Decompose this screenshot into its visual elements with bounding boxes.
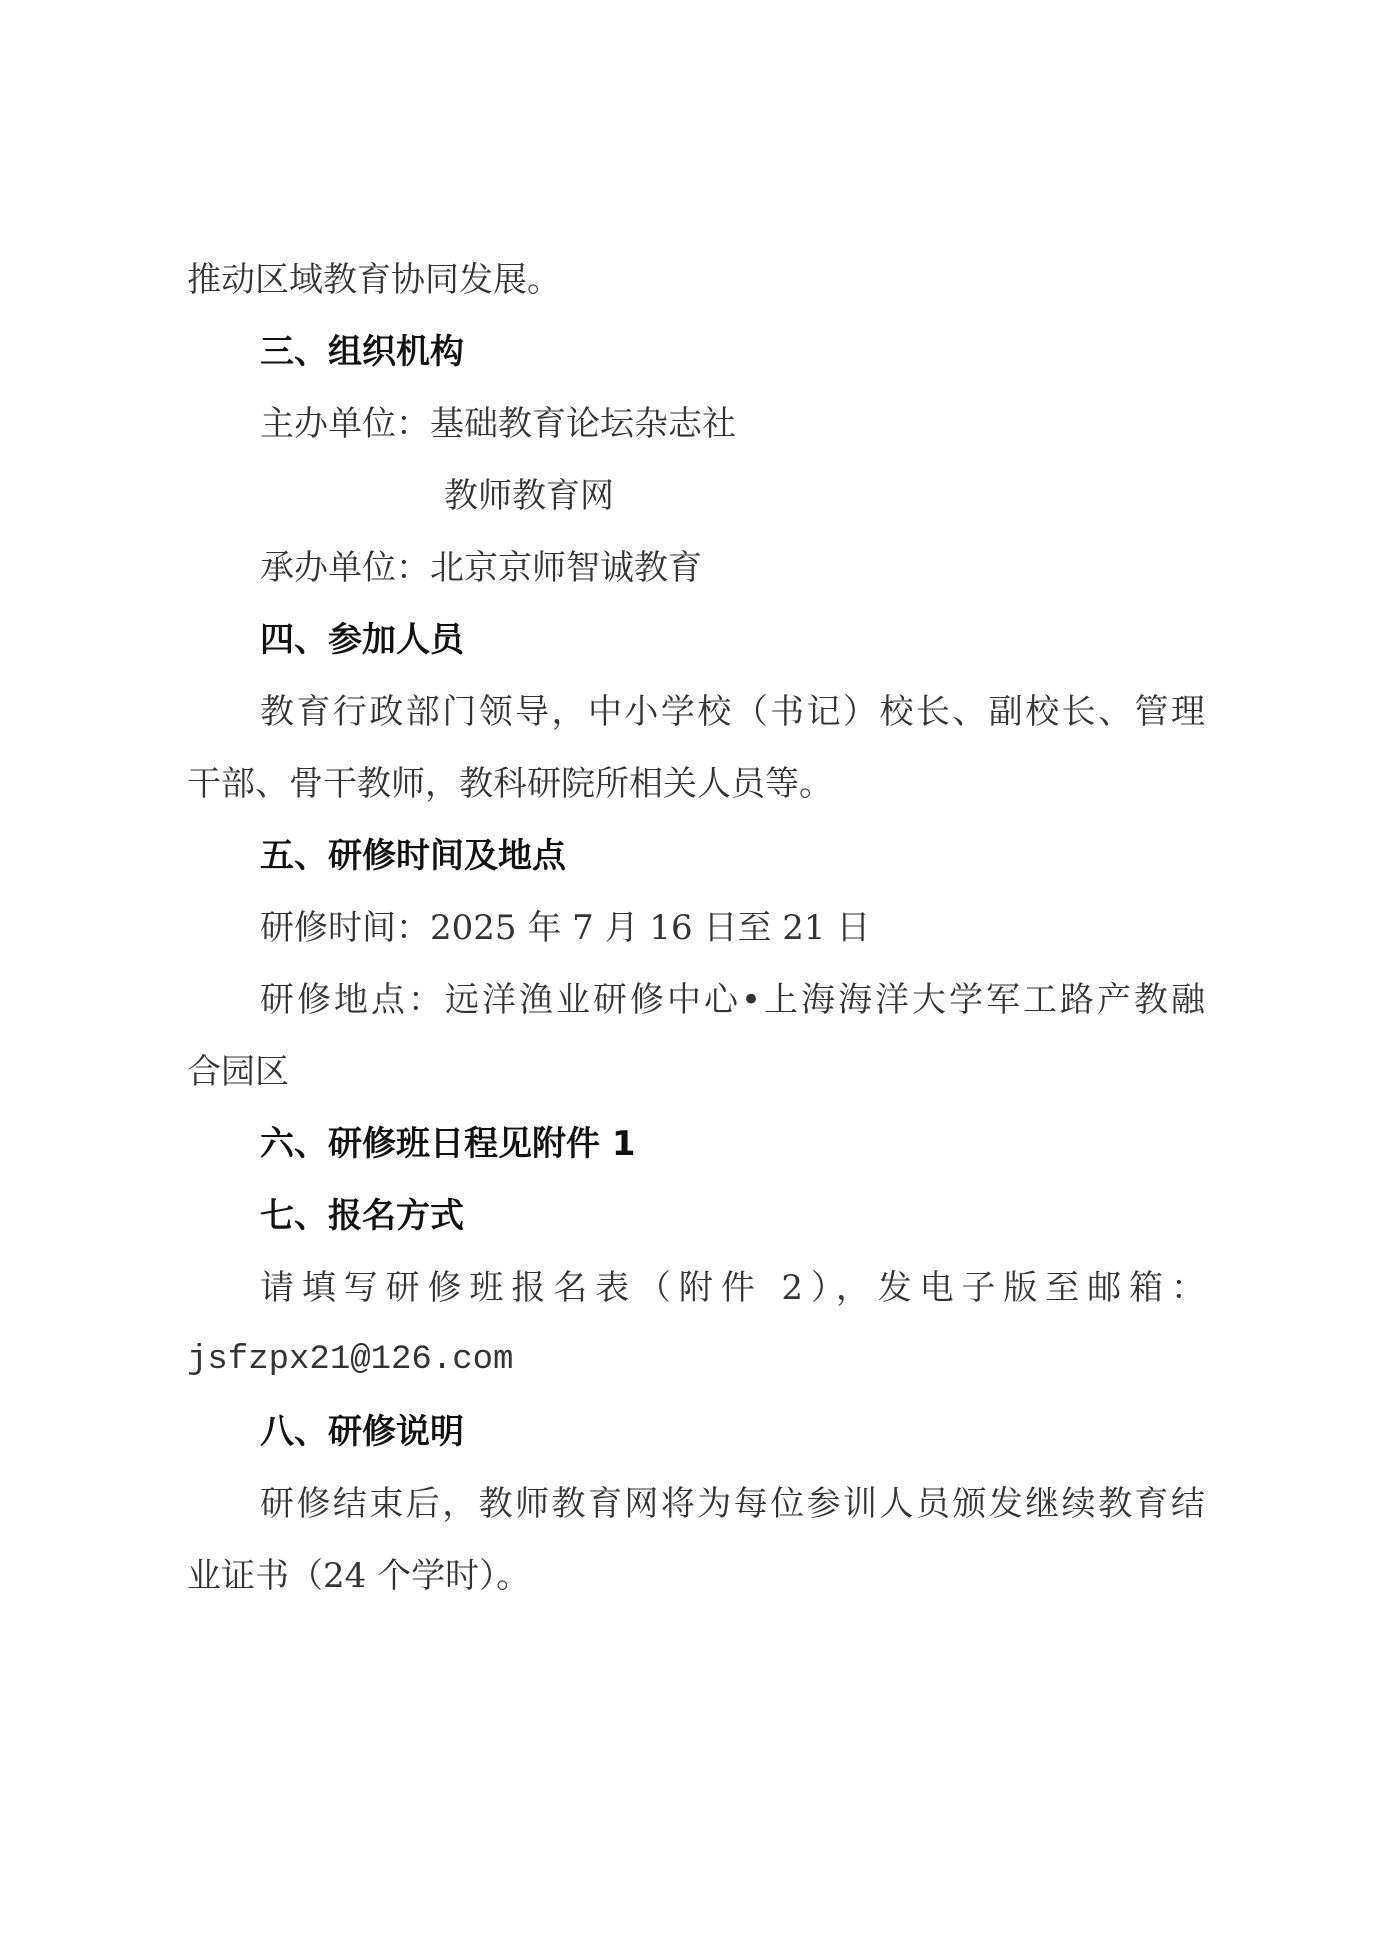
registration-email: jsfzpx21@126.com bbox=[187, 1340, 1217, 1380]
training-time-line: 研修时间：2025 年 7 月 16 日至 21 日 bbox=[260, 908, 1290, 948]
host-unit-line-2: 教师教育网 bbox=[444, 476, 1378, 516]
host-unit-line-1: 主办单位：基础教育论坛杂志社 bbox=[260, 404, 1290, 444]
notes-line-1: 研修结束后，教师教育网将为每位参训人员颁发继续教育结 bbox=[260, 1484, 1205, 1524]
section-8-heading: 八、研修说明 bbox=[260, 1412, 1290, 1452]
section-5-heading: 五、研修时间及地点 bbox=[260, 836, 1290, 876]
section-4-heading: 四、参加人员 bbox=[260, 620, 1290, 660]
intro-tail-text: 推动区域教育协同发展。 bbox=[187, 260, 1217, 300]
section-7-heading: 七、报名方式 bbox=[260, 1196, 1290, 1236]
organizer-line: 承办单位：北京京师智诚教育 bbox=[260, 548, 1290, 588]
participants-line-2: 干部、骨干教师，教科研院所相关人员等。 bbox=[187, 764, 1217, 804]
section-3-heading: 三、组织机构 bbox=[260, 332, 1290, 372]
document-page: 推动区域教育协同发展。 三、组织机构 主办单位：基础教育论坛杂志社 教师教育网 … bbox=[0, 0, 1378, 1950]
participants-line-1: 教育行政部门领导，中小学校（书记）校长、副校长、管理 bbox=[260, 692, 1205, 732]
section-6-heading: 六、研修班日程见附件 1 bbox=[260, 1124, 1290, 1164]
registration-line-1: 请填写研修班报名表（附件 2），发电子版至邮箱： bbox=[260, 1268, 1205, 1308]
training-location-line-1: 研修地点：远洋渔业研修中心•上海海洋大学军工路产教融 bbox=[260, 980, 1205, 1020]
training-location-line-2: 合园区 bbox=[187, 1052, 1217, 1092]
notes-line-2: 业证书（24 个学时）。 bbox=[187, 1556, 1217, 1596]
